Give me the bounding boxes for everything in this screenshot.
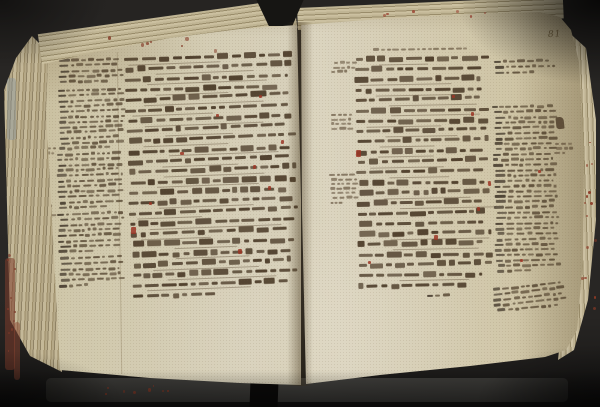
edge-paint-speck bbox=[594, 239, 597, 242]
edge-paint-speck bbox=[214, 49, 217, 52]
edge-paint-speck bbox=[584, 202, 586, 204]
edge-paint-speck bbox=[8, 332, 10, 334]
edge-paint-speck bbox=[167, 390, 170, 393]
edge-paint-speck bbox=[181, 45, 183, 47]
edge-paint-speck bbox=[133, 391, 136, 394]
edge-paint-speck bbox=[586, 215, 588, 217]
edge-paint-speck bbox=[386, 13, 389, 16]
edge-paint-speck bbox=[10, 297, 12, 299]
edge-paint-speck bbox=[162, 390, 164, 392]
edge-paint-speck bbox=[412, 10, 415, 13]
edge-paint-speck bbox=[7, 308, 9, 310]
edge-paint-speck bbox=[586, 164, 589, 167]
edge-paint-speck bbox=[586, 246, 589, 249]
edge-paint-speck bbox=[588, 191, 591, 194]
edge-paint-speck bbox=[107, 387, 109, 389]
edge-paint-speck bbox=[141, 43, 144, 46]
edge-paint-speck bbox=[456, 10, 459, 13]
manuscript-photo: 81 bbox=[0, 0, 600, 407]
edge-paint-speck bbox=[590, 202, 593, 205]
edge-paint-speck bbox=[146, 42, 149, 45]
edge-paint-speck bbox=[108, 36, 111, 39]
edge-paint-speck bbox=[484, 12, 486, 14]
edge-paint-speck bbox=[150, 41, 152, 43]
edge-paint-speck bbox=[14, 311, 16, 313]
edge-paint-speck bbox=[185, 37, 188, 40]
edge-paint-speck bbox=[586, 195, 588, 197]
edge-speck-layer bbox=[0, 0, 600, 407]
edge-paint-speck bbox=[581, 277, 584, 280]
edge-paint-speck bbox=[584, 277, 586, 279]
edge-paint-speck bbox=[589, 142, 591, 144]
edge-paint-speck bbox=[148, 388, 151, 391]
edge-paint-speck bbox=[470, 15, 472, 17]
edge-paint-speck bbox=[591, 163, 593, 165]
edge-paint-speck bbox=[594, 296, 597, 299]
edge-paint-speck bbox=[13, 320, 15, 322]
edge-paint-speck bbox=[7, 259, 9, 261]
edge-paint-speck bbox=[8, 350, 10, 352]
edge-paint-speck bbox=[8, 254, 11, 257]
edge-paint-speck bbox=[11, 328, 14, 331]
edge-paint-speck bbox=[123, 390, 125, 392]
edge-paint-speck bbox=[105, 393, 107, 395]
edge-paint-speck bbox=[593, 307, 596, 310]
edge-paint-speck bbox=[14, 268, 16, 270]
edge-paint-speck bbox=[153, 385, 155, 387]
